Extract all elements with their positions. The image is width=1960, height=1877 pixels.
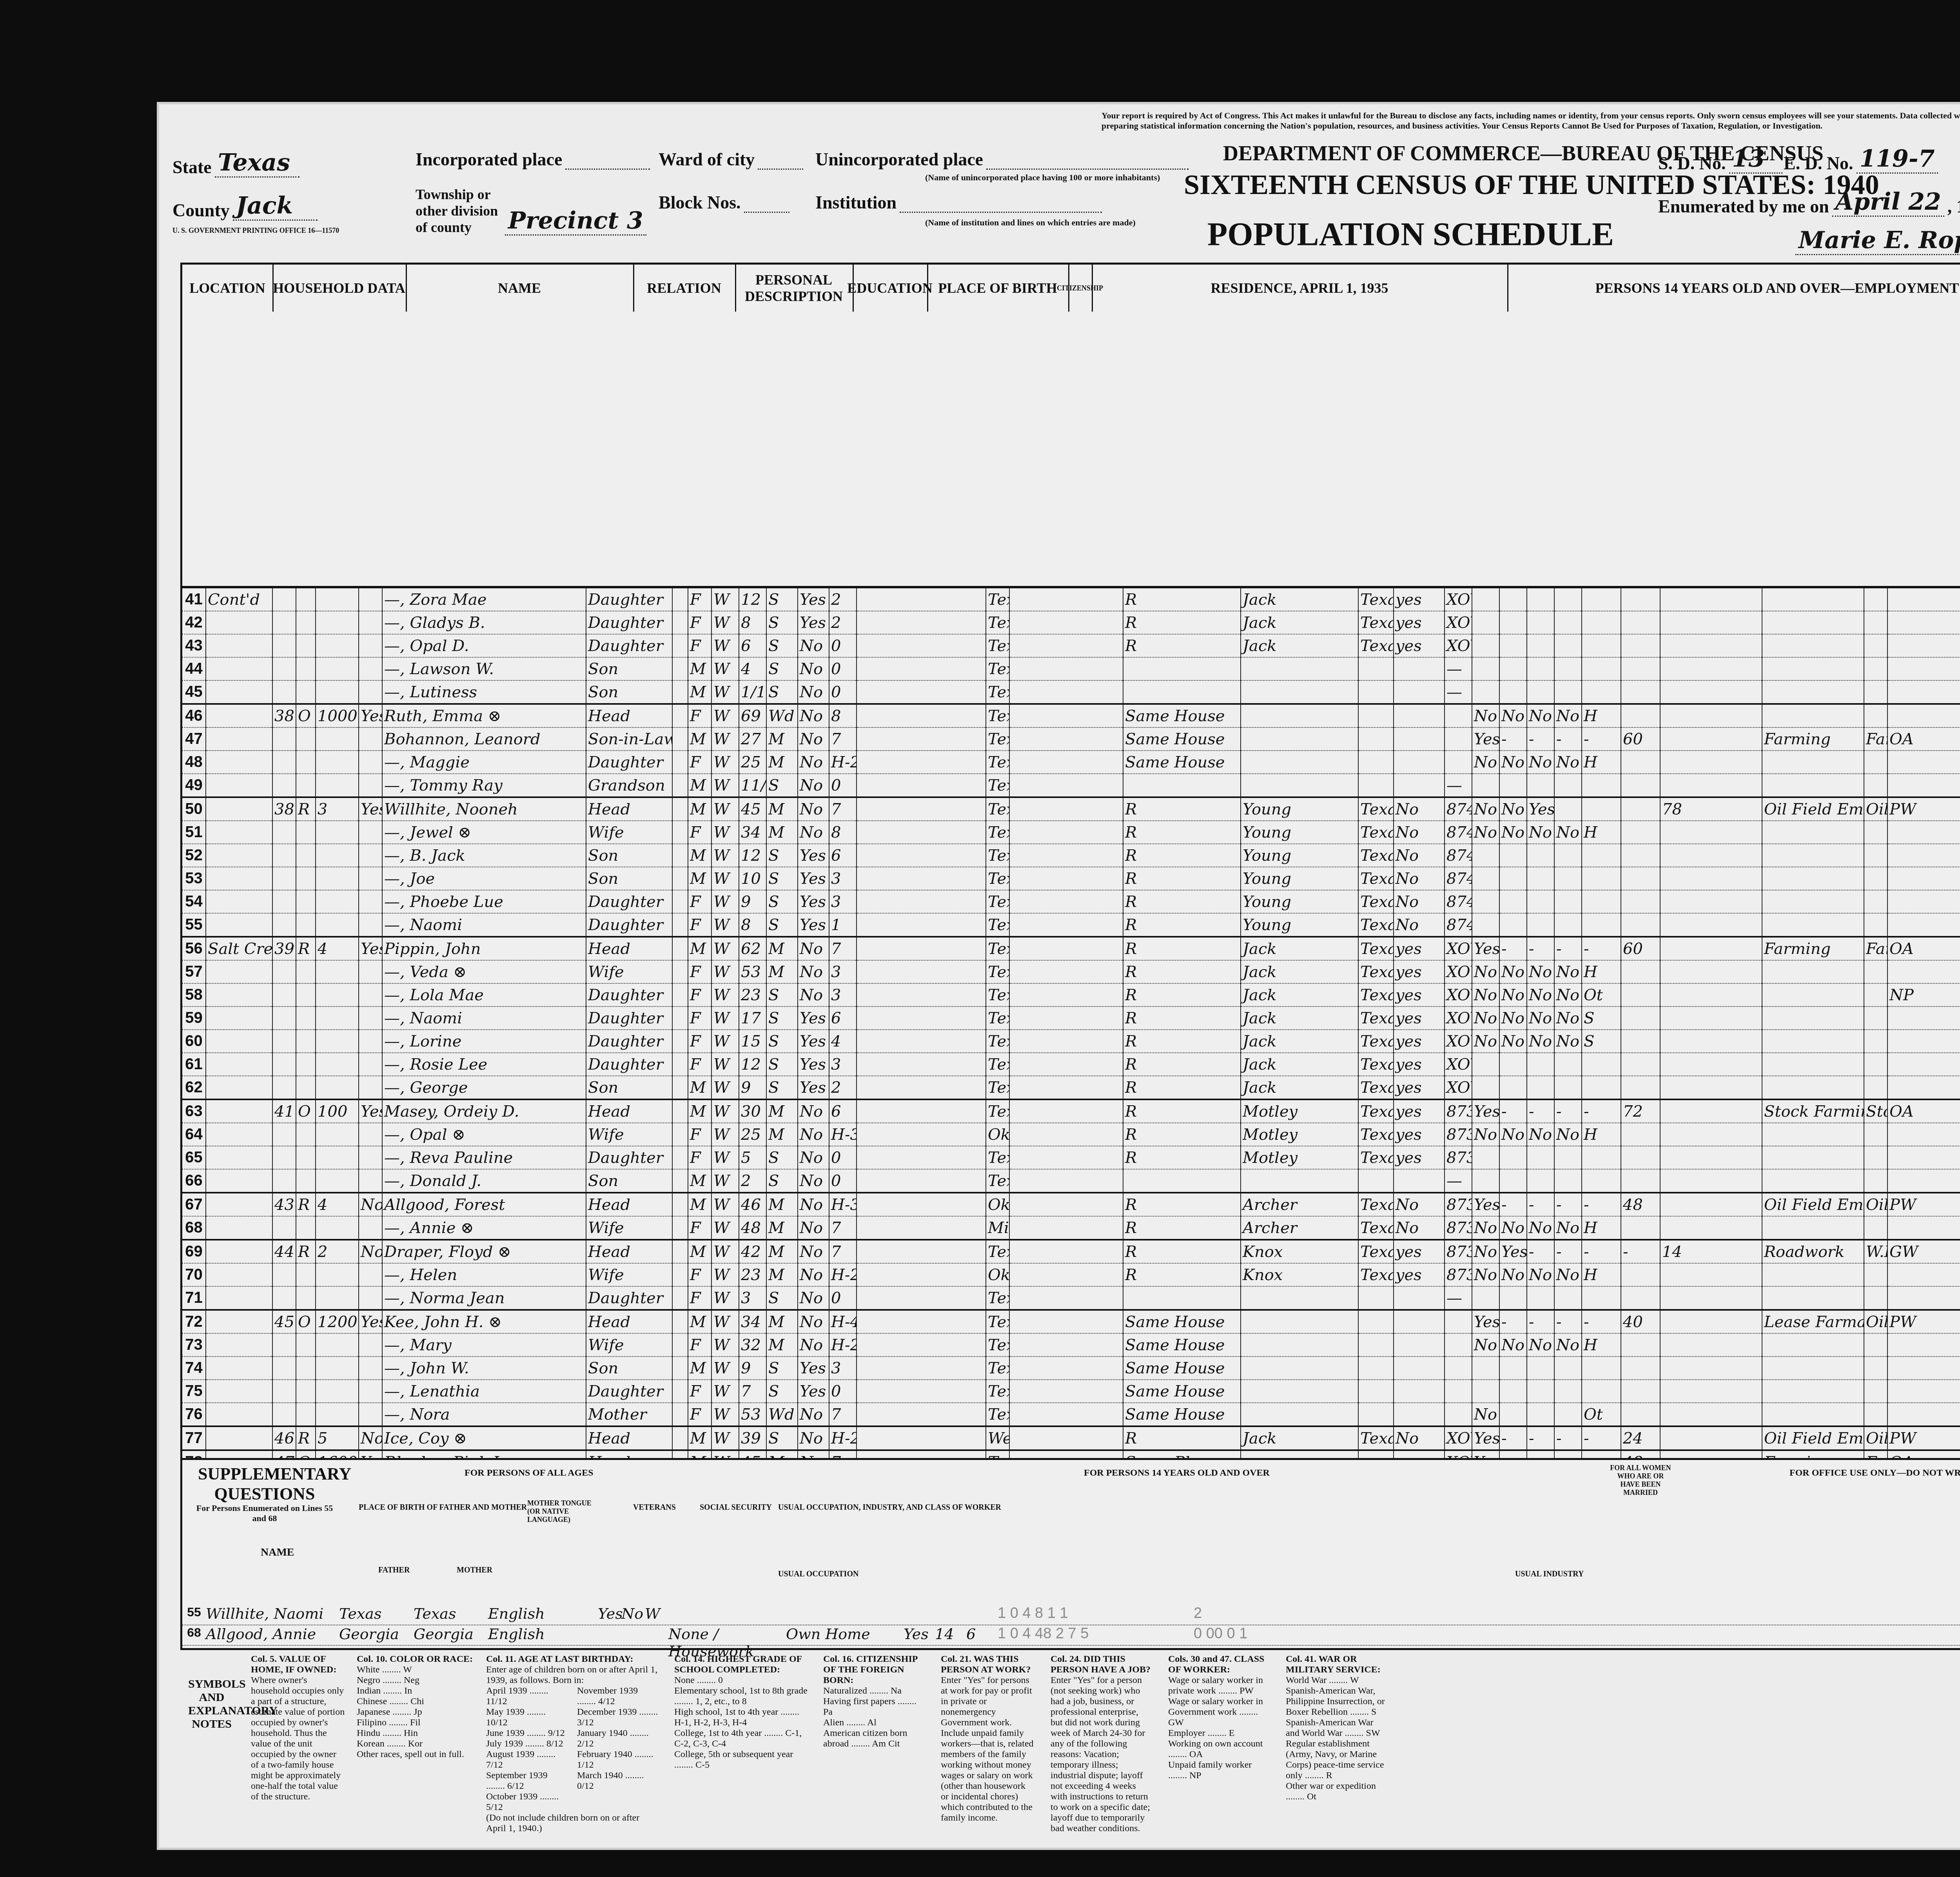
cell-res-state: Texas — [1358, 634, 1394, 657]
cell-c22 — [1499, 1146, 1527, 1169]
cell-farm — [359, 1123, 382, 1146]
supp-cell-name: Allgood, Annie — [206, 1625, 339, 1645]
cell-res-farm: yes — [1394, 1030, 1445, 1053]
cell-sex: F — [688, 1380, 711, 1403]
cell-street — [206, 1426, 272, 1450]
cell-c24: No — [1554, 1030, 1582, 1053]
cell-weeks-unemp — [1660, 704, 1762, 727]
cell-c22: Yes — [1499, 1240, 1527, 1263]
cell-school: No — [798, 1193, 829, 1216]
cell-c22 — [1499, 913, 1527, 937]
cell-codeA — [672, 1123, 688, 1146]
cell-grade: 0 — [829, 1286, 857, 1310]
cell-codeC — [1009, 727, 1123, 751]
institution-note: (Name of institution and lines on which … — [925, 218, 1136, 228]
cell-grade: 3 — [829, 960, 857, 983]
note-item: White ........ W — [357, 1665, 474, 1675]
cell-occupation — [1762, 1286, 1864, 1310]
cell-relation: Son — [586, 844, 672, 867]
cell-dwelling — [272, 611, 296, 634]
cell-grade: H-2 — [829, 751, 857, 774]
supp-cell-vet-wife: No — [621, 1605, 645, 1625]
cell-res-farm — [1394, 657, 1445, 680]
cell-hours — [1621, 1380, 1660, 1403]
cell-age: 32 — [739, 1333, 766, 1357]
cell-grade: H-2 — [829, 1426, 857, 1450]
cell-birthplace: Oklahoma — [986, 1263, 1009, 1286]
cell-c22: No — [1499, 1216, 1527, 1240]
cell-school: No — [798, 1286, 829, 1310]
cell-birthplace: Texas — [986, 1146, 1009, 1169]
cell-codeB — [857, 1357, 986, 1380]
cell-value: 100 — [316, 1099, 359, 1123]
cell-c23 — [1527, 1053, 1554, 1076]
cell-birthplace: Oklahoma — [986, 1193, 1009, 1216]
cell-sex: M — [688, 937, 711, 960]
supplementary-questions: SUPPLEMENTARY QUESTIONS For Persons Enum… — [180, 1458, 1960, 1650]
cell-res-farm: yes — [1394, 1007, 1445, 1030]
cell-marital: M — [766, 1099, 798, 1123]
cell-school: Yes — [798, 890, 829, 913]
cell-occupation — [1762, 844, 1864, 867]
cell-weeks-unemp: 14 — [1660, 1240, 1762, 1263]
cell-occupation — [1762, 1007, 1864, 1030]
note-col14: Col. 14. HIGHEST GRADE OF SCHOOL COMPLET… — [674, 1654, 808, 1770]
cell-codeA — [672, 867, 688, 890]
cell-sex: F — [688, 1030, 711, 1053]
cell-line: 45 — [182, 680, 206, 704]
cell-farm: No — [359, 1426, 382, 1450]
cell-weeks-unemp — [1660, 1030, 1762, 1053]
cell-age: 27 — [739, 727, 766, 751]
cell-res-farm: yes — [1394, 1053, 1445, 1076]
supp-cell-vet-wife — [621, 1625, 645, 1645]
cell-grade: 0 — [829, 680, 857, 704]
cell-dwelling — [272, 727, 296, 751]
cell-weeks-unemp — [1660, 634, 1762, 657]
cell-weeks-unemp — [1660, 867, 1762, 890]
note-item: Other races, spell out in full. — [357, 1749, 474, 1760]
cell-sex: F — [688, 913, 711, 937]
note-item: Chinese ........ Chi — [357, 1696, 474, 1707]
cell-codeB — [857, 1263, 986, 1286]
section-citizenship: CITIZENSHIP — [1068, 265, 1093, 312]
cell-weeks-unemp — [1660, 1357, 1762, 1380]
cell-tenure — [296, 611, 316, 634]
cell-value — [316, 1403, 359, 1426]
note-list-col14: None ........ 0Elementary school, 1st to… — [674, 1675, 808, 1770]
cell-c24 — [1554, 774, 1582, 797]
cell-industry: W.P.A. — [1864, 1240, 1887, 1263]
cell-hours — [1621, 634, 1660, 657]
cell-race: W — [711, 844, 739, 867]
cell-tenure: O — [296, 704, 316, 727]
cell-sex: F — [688, 588, 711, 611]
cell-hours — [1621, 1053, 1660, 1076]
cell-c23 — [1527, 1169, 1554, 1193]
cell-industry — [1864, 704, 1887, 727]
note-item: August 1939 ........ 7/12 — [486, 1749, 568, 1770]
cell-value — [316, 774, 359, 797]
cell-codeB — [857, 634, 986, 657]
note-list-col16: Naturalized ........ NaHaving first pape… — [823, 1686, 925, 1749]
cell-school: No — [798, 937, 829, 960]
township-field: Township or other division of county Pre… — [416, 186, 646, 236]
cell-race: W — [711, 797, 739, 821]
cell-marital: M — [766, 1240, 798, 1263]
cell-occupation — [1762, 960, 1864, 983]
note-item: Regular establishment (Army, Navy, or Ma… — [1286, 1739, 1388, 1781]
cell-c24: No — [1554, 1333, 1582, 1357]
cell-grade: 2 — [829, 1076, 857, 1099]
cell-codeC — [1009, 1123, 1123, 1146]
cell-race: W — [711, 1286, 739, 1310]
cell-race: W — [711, 1053, 739, 1076]
note-item: American citizen born abroad ........ Am… — [823, 1728, 925, 1749]
cell-birthplace: Texas — [986, 913, 1009, 937]
cell-res-code: — — [1445, 680, 1472, 704]
cell-relation: Daughter — [586, 890, 672, 913]
cell-industry — [1864, 751, 1887, 774]
cell-industry — [1864, 1403, 1887, 1426]
column-headers: LOCATION HOUSEHOLD DATA NAME RELATION PE… — [182, 265, 1960, 588]
cell-birthplace: Texas — [986, 680, 1009, 704]
cell-grade: 6 — [829, 1007, 857, 1030]
cell-farm — [359, 657, 382, 680]
cell-age: 12 — [739, 1053, 766, 1076]
cell-name: —, Rosie Lee — [382, 1053, 586, 1076]
cell-c22: No — [1499, 704, 1527, 727]
cell-weeks-unemp — [1660, 1216, 1762, 1240]
cell-weeks-unemp: 78 — [1660, 797, 1762, 821]
cell-name: —, Naomi — [382, 913, 586, 937]
cell-grade: 0 — [829, 1169, 857, 1193]
cell-industry — [1864, 1076, 1887, 1099]
cell-line: 59 — [182, 1007, 206, 1030]
cell-sex: M — [688, 797, 711, 821]
cell-codeA — [672, 913, 688, 937]
cell-occupation — [1762, 680, 1864, 704]
cell-relation: Son — [586, 1169, 672, 1193]
note-col16: Col. 16. CITIZENSHIP OF THE FOREIGN BORN… — [823, 1654, 925, 1749]
cell-grade: H-2 — [829, 1333, 857, 1357]
note-item: July 1939 ........ 8/12 — [486, 1739, 568, 1749]
cell-marital: S — [766, 774, 798, 797]
cell-c25: - — [1582, 1193, 1621, 1216]
cell-relation: Daughter — [586, 1030, 672, 1053]
cell-res-county: Jack — [1241, 1053, 1358, 1076]
cell-value — [316, 1357, 359, 1380]
supp-cell-veteran: Yes — [598, 1605, 621, 1625]
cell-codeC — [1009, 1030, 1123, 1053]
supp-cell-mother: Georgia — [414, 1625, 488, 1645]
cell-res-city: R — [1123, 1426, 1241, 1450]
cell-name: Pippin, John — [382, 937, 586, 960]
supplementary-row: 68Allgood, AnnieGeorgiaGeorgiaEnglishNon… — [182, 1625, 1960, 1646]
cell-tenure — [296, 1216, 316, 1240]
cell-c22 — [1499, 1053, 1527, 1076]
supp-cell-war: W — [645, 1605, 668, 1625]
cell-marital: S — [766, 844, 798, 867]
census-sheet: Your report is required by Act of Congre… — [157, 102, 1960, 1850]
cell-hours: 60 — [1621, 937, 1660, 960]
cell-name: —, John W. — [382, 1357, 586, 1380]
cell-marital: Wd — [766, 704, 798, 727]
cell-c23 — [1527, 634, 1554, 657]
cell-occupation — [1762, 774, 1864, 797]
cell-codeB — [857, 1099, 986, 1123]
cell-birthplace: Texas — [986, 1333, 1009, 1357]
cell-codeB — [857, 1333, 986, 1357]
table-row: 5038R3YesWillhite, NoonehHeadMW45MNo7Tex… — [182, 797, 1960, 821]
cell-c23 — [1527, 844, 1554, 867]
cell-c25 — [1582, 867, 1621, 890]
cell-relation: Daughter — [586, 1380, 672, 1403]
cell-name: —, Zora Mae — [382, 588, 586, 611]
cell-c21: No — [1472, 1030, 1499, 1053]
cell-school: No — [798, 797, 829, 821]
cell-line: 67 — [182, 1193, 206, 1216]
cell-line: 65 — [182, 1146, 206, 1169]
table-row: 70—, HelenWifeFW23MNoH-2OklahomaRKnoxTex… — [182, 1263, 1960, 1286]
cell-dwelling — [272, 913, 296, 937]
cell-res-state — [1358, 1310, 1394, 1333]
cell-weeks-unemp — [1660, 1193, 1762, 1216]
table-row: 68—, Annie ⊗WifeFW48MNo7MississippiRArch… — [182, 1216, 1960, 1240]
cell-line: 73 — [182, 1333, 206, 1357]
cell-class — [1887, 1403, 1960, 1426]
cell-res-state: Texas — [1358, 1146, 1394, 1169]
cell-marital: M — [766, 960, 798, 983]
cell-res-state: Texas — [1358, 797, 1394, 821]
cell-c24 — [1554, 1146, 1582, 1169]
cell-class — [1887, 867, 1960, 890]
cell-res-code — [1445, 1403, 1472, 1426]
population-table: LOCATION HOUSEHOLD DATA NAME RELATION PE… — [180, 263, 1960, 1522]
cell-sex: F — [688, 960, 711, 983]
cell-codeB — [857, 1310, 986, 1333]
cell-race: W — [711, 1403, 739, 1426]
cell-codeB — [857, 680, 986, 704]
cell-tenure — [296, 983, 316, 1007]
table-row: 47Bohannon, LeanordSon-in-LawMW27MNo7Tex… — [182, 727, 1960, 751]
table-row: 56Salt Creek Road39R4YesPippin, JohnHead… — [182, 937, 1960, 960]
cell-codeB — [857, 1076, 986, 1099]
cell-relation: Son — [586, 680, 672, 704]
cell-res-county: Knox — [1241, 1263, 1358, 1286]
incorporated-field: Incorporated place — [416, 149, 650, 170]
cell-line: 66 — [182, 1169, 206, 1193]
cell-c23 — [1527, 1357, 1554, 1380]
cell-class — [1887, 657, 1960, 680]
cell-occupation — [1762, 1403, 1864, 1426]
cell-codeB — [857, 1169, 986, 1193]
section-residence: RESIDENCE, APRIL 1, 1935 — [1092, 265, 1508, 312]
cell-race: W — [711, 774, 739, 797]
cell-farm — [359, 680, 382, 704]
supp-cell-office-y: 0 00 0 1 — [1194, 1625, 1272, 1645]
cell-race: W — [711, 727, 739, 751]
cell-res-county: Young — [1241, 844, 1358, 867]
cell-farm — [359, 727, 382, 751]
cell-race: W — [711, 1333, 739, 1357]
cell-codeB — [857, 1030, 986, 1053]
cell-grade: 2 — [829, 588, 857, 611]
cell-age: 69 — [739, 704, 766, 727]
section-relation: RELATION — [633, 265, 736, 312]
cell-tenure — [296, 1263, 316, 1286]
cell-res-city: R — [1123, 1007, 1241, 1030]
cell-industry: Farm — [1864, 937, 1887, 960]
note-item: Korean ........ Kor — [357, 1739, 474, 1749]
cell-name: —, Norma Jean — [382, 1286, 586, 1310]
cell-grade: 0 — [829, 1146, 857, 1169]
cell-name: —, Maggie — [382, 751, 586, 774]
cell-value — [316, 960, 359, 983]
cell-res-city: R — [1123, 1216, 1241, 1240]
table-row: 4638O1000YesRuth, Emma ⊗HeadFW69WdNo8Tex… — [182, 704, 1960, 727]
cell-name: —, B. Jack — [382, 844, 586, 867]
cell-res-city: R — [1123, 1123, 1241, 1146]
cell-c25 — [1582, 1053, 1621, 1076]
cell-c24: No — [1554, 751, 1582, 774]
cell-occupation: Farming — [1762, 937, 1864, 960]
cell-res-code: — — [1445, 774, 1472, 797]
cell-occupation — [1762, 1263, 1864, 1286]
cell-codeC — [1009, 657, 1123, 680]
cell-class: OA — [1887, 727, 1960, 751]
cell-res-county: Motley — [1241, 1146, 1358, 1169]
cell-name: —, Mary — [382, 1333, 586, 1357]
cell-street — [206, 1193, 272, 1216]
note-item: Elementary school, 1st to 8th grade ....… — [674, 1686, 808, 1707]
supp-cell-tongue: English — [488, 1625, 598, 1645]
cell-weeks-unemp — [1660, 1380, 1762, 1403]
cell-relation: Mother — [586, 1403, 672, 1426]
cell-c22 — [1499, 1380, 1527, 1403]
cell-c21 — [1472, 890, 1499, 913]
cell-occupation — [1762, 983, 1864, 1007]
cell-res-code: 8731 — [1445, 1193, 1472, 1216]
cell-c24: No — [1554, 1007, 1582, 1030]
cell-street — [206, 1123, 272, 1146]
cell-c22: No — [1499, 821, 1527, 844]
section-employment: PERSONS 14 YEARS OLD AND OVER—EMPLOYMENT… — [1507, 265, 1960, 312]
cell-res-code — [1445, 751, 1472, 774]
note-item: Having first papers ........ Pa — [823, 1696, 925, 1717]
cell-c22 — [1499, 634, 1527, 657]
cell-res-farm: yes — [1394, 1076, 1445, 1099]
note-list-col10: White ........ WNegro ........ NegIndian… — [357, 1665, 474, 1760]
cell-age: 34 — [739, 821, 766, 844]
cell-occupation — [1762, 1216, 1864, 1240]
cell-codeA — [672, 890, 688, 913]
cell-relation: Daughter — [586, 588, 672, 611]
cell-c23: No — [1527, 960, 1554, 983]
cell-marital: S — [766, 913, 798, 937]
cell-c25 — [1582, 774, 1621, 797]
cell-class — [1887, 1380, 1960, 1403]
cell-codeA — [672, 1193, 688, 1216]
cell-dwelling — [272, 751, 296, 774]
supp-cell-usual-ind — [786, 1605, 904, 1625]
cell-tenure: O — [296, 1099, 316, 1123]
cell-school: No — [798, 960, 829, 983]
cell-weeks-unemp — [1660, 913, 1762, 937]
cell-marital: S — [766, 1286, 798, 1310]
cell-line: 44 — [182, 657, 206, 680]
cell-birthplace: Texas — [986, 588, 1009, 611]
cell-sex: M — [688, 1357, 711, 1380]
cell-c24: - — [1554, 1310, 1582, 1333]
cell-c25 — [1582, 1146, 1621, 1169]
cell-hours: 48 — [1621, 1193, 1660, 1216]
cell-res-city — [1123, 774, 1241, 797]
section-all-ages: FOR PERSONS OF ALL AGES — [465, 1468, 593, 1478]
cell-c22 — [1499, 844, 1527, 867]
section-personal: PERSONAL DESCRIPTION — [735, 265, 854, 312]
cell-hours — [1621, 1146, 1660, 1169]
cell-res-state — [1358, 1380, 1394, 1403]
cell-relation: Head — [586, 1099, 672, 1123]
cell-value — [316, 1216, 359, 1240]
cell-c21: No — [1472, 1333, 1499, 1357]
cell-age: 3 — [739, 1286, 766, 1310]
cell-c21 — [1472, 1380, 1499, 1403]
cell-res-county: Jack — [1241, 1426, 1358, 1450]
cell-c25 — [1582, 844, 1621, 867]
cell-hours — [1621, 1286, 1660, 1310]
cell-res-state: Texas — [1358, 983, 1394, 1007]
supplementary-rows: 55Willhite, NaomiTexasTexasEnglishYesNoW… — [182, 1605, 1960, 1646]
cell-codeC — [1009, 1146, 1123, 1169]
cell-industry — [1864, 983, 1887, 1007]
cell-hours — [1621, 611, 1660, 634]
cell-age: 6 — [739, 634, 766, 657]
cell-relation: Daughter — [586, 751, 672, 774]
cell-birthplace: Texas — [986, 1357, 1009, 1380]
cell-class — [1887, 960, 1960, 983]
cell-farm — [359, 1007, 382, 1030]
notes-title: SYMBOLS AND EXPLANATORY NOTES — [188, 1678, 235, 1731]
table-row: 65—, Reva PaulineDaughterFW5SNo0TexasRMo… — [182, 1146, 1960, 1169]
cell-weeks-unemp — [1660, 844, 1762, 867]
cell-occupation — [1762, 821, 1864, 844]
cell-res-county: Knox — [1241, 1240, 1358, 1263]
cell-occupation — [1762, 588, 1864, 611]
cell-res-state: Texas — [1358, 821, 1394, 844]
cell-race: W — [711, 821, 739, 844]
cell-class — [1887, 1216, 1960, 1240]
cell-class — [1887, 1169, 1960, 1193]
cell-res-state — [1358, 1169, 1394, 1193]
cell-c21: No — [1472, 797, 1499, 821]
cell-line: 62 — [182, 1076, 206, 1099]
cell-farm — [359, 913, 382, 937]
cell-industry — [1864, 1263, 1887, 1286]
cell-line: 41 — [182, 588, 206, 611]
cell-industry — [1864, 1169, 1887, 1193]
cell-class: NP — [1887, 983, 1960, 1007]
cell-res-code: 8732 — [1445, 1146, 1472, 1169]
cell-class: OA — [1887, 937, 1960, 960]
schedule-title: POPULATION SCHEDULE — [1207, 216, 1614, 254]
cell-codeC — [1009, 890, 1123, 913]
cell-weeks-unemp — [1660, 774, 1762, 797]
cell-dwelling — [272, 588, 296, 611]
cell-sex: M — [688, 1240, 711, 1263]
cell-birthplace: Texas — [986, 1403, 1009, 1426]
